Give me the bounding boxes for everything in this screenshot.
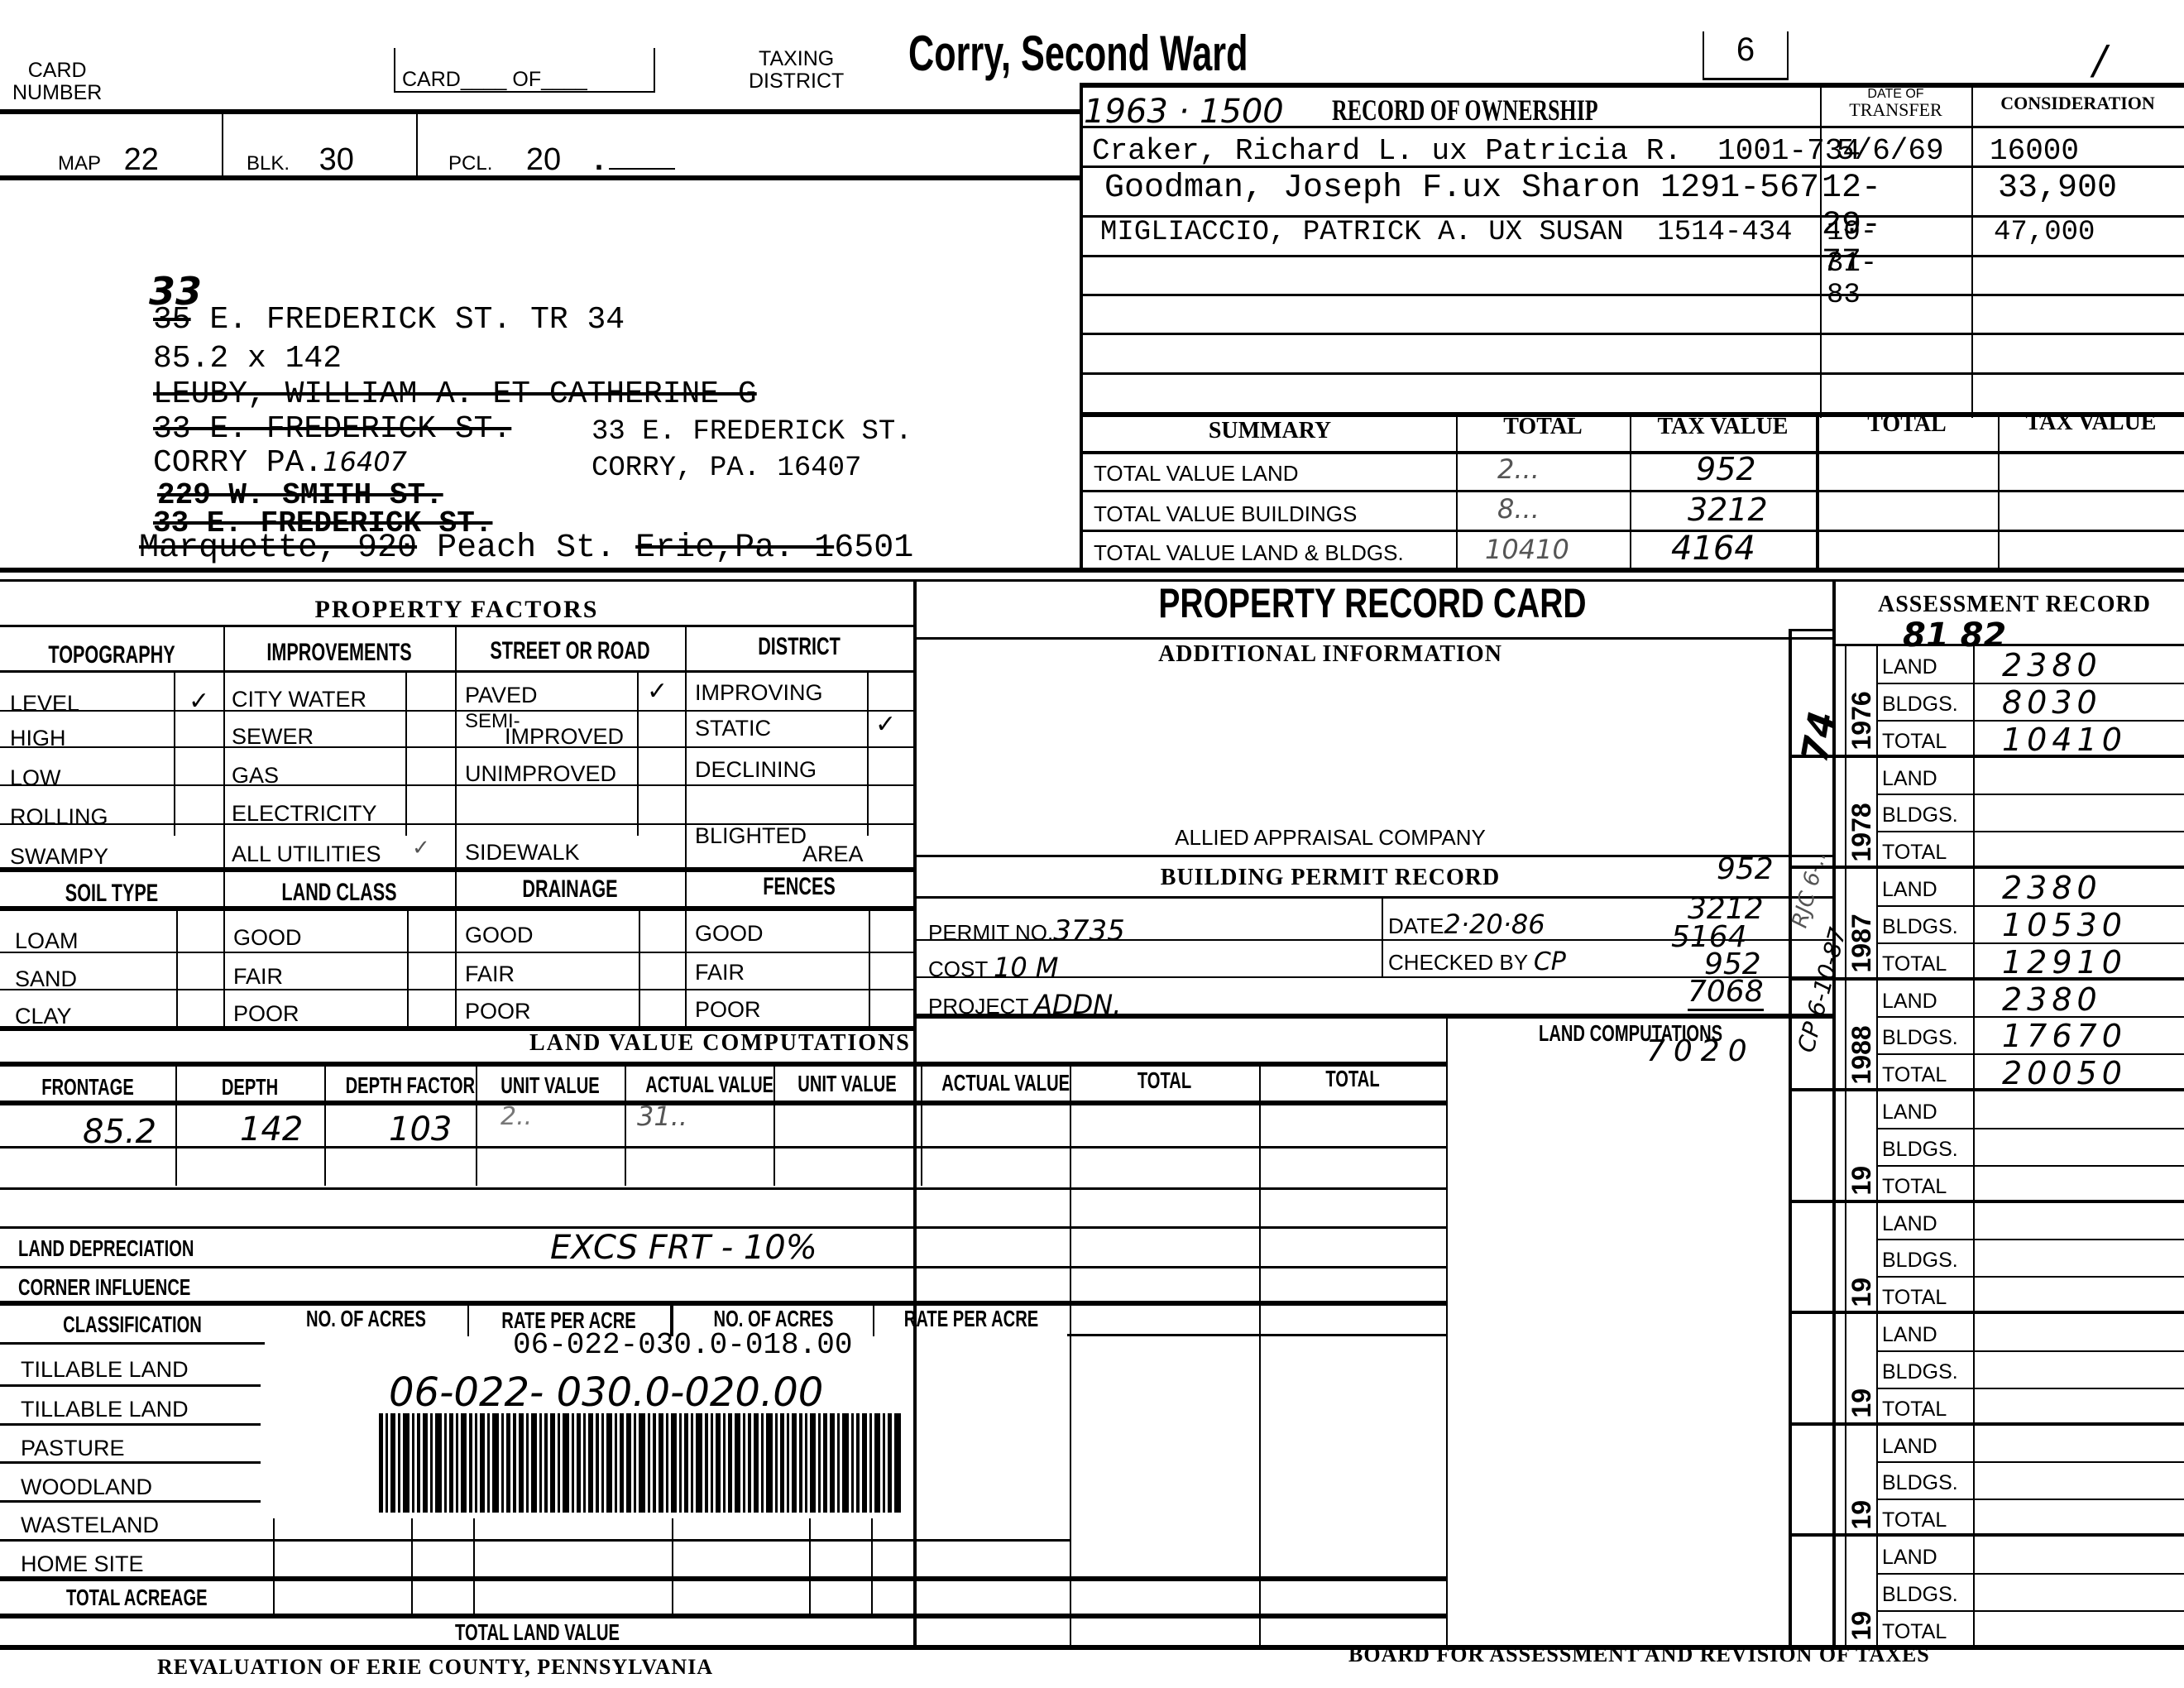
consideration-header: CONSIDERATION [1971,93,2184,114]
impr-all-utilities: ALL UTILITIES [232,842,381,867]
acreage-header-rate-2: RATE PER ACRE [900,1306,1042,1332]
assessment-side-note-cp: CP 6-10-87 [1792,925,1851,1056]
assessment-label-total: TOTAL [1882,1398,1947,1422]
assessment-label-bldgs: BLDGS. [1882,915,1958,939]
impr-gas: GAS [232,763,279,789]
assessment-value-total: 20050 [2002,1055,2127,1091]
map-field: MAP 22 [58,142,176,180]
district-declining: DECLINING [695,757,817,783]
assessment-label-land: LAND [1882,767,1937,791]
assessment-label-bldgs: BLDGS. [1882,803,1958,827]
barcode [379,1413,1032,1513]
soil-loam: LOAM [15,928,79,954]
assessment-year: 1978 [1846,764,1877,862]
land-class-good: GOOD [233,925,302,951]
corner-influence-label: CORNER INFLUENCE [18,1274,190,1301]
permit-cost: COST 10 M [928,952,1059,983]
assessment-title: ASSESSMENT RECORD [1845,592,2184,618]
assessment-label-total: TOTAL [1882,730,1947,754]
land-computations-value: 7020 [1646,1034,1755,1068]
summary-row-label: TOTAL VALUE BUILDINGS [1094,501,1357,527]
topo-level: LEVEL [10,691,79,717]
additional-info-label: ADDITIONAL INFORMATION [917,641,1744,668]
summary-total-header-2: TOTAL [1816,411,1998,438]
assessment-label-bldgs: BLDGS. [1882,1026,1958,1050]
impr-city-water: CITY WATER [232,687,366,712]
address-line-8: Marquette, 920 Peach St. Erie,Pa. 16501 [139,530,913,567]
mailing-address: 33 E. FREDERICK ST. CORRY, PA. 16407 [591,414,912,487]
fences-poor: POOR [695,997,761,1023]
summary-tax-value-header-2: TAX VALUE [1998,410,2184,436]
date-header: TRANSFER [1820,99,1971,121]
drainage-good: GOOD [465,923,534,948]
assessment-label-land: LAND [1882,1323,1937,1347]
assessment-label-total: TOTAL [1882,952,1947,976]
assessment-label-total: TOTAL [1882,1063,1947,1087]
fences-good: GOOD [695,921,764,947]
district-improving: IMPROVING [695,680,823,706]
assessment-value-land: 2380 [2002,647,2102,683]
assessment-label-bldgs: BLDGS. [1882,1471,1958,1495]
lv-header-depth: DEPTH [196,1074,304,1101]
assessment-label-land: LAND [1882,1546,1937,1570]
summary-row-label: TOTAL VALUE LAND [1094,461,1299,487]
lv-header-unit-value: UNIT VALUE [496,1072,604,1099]
land-depreciation-value: EXCS FRT - 10% [550,1229,817,1267]
taxing-district-value: Corry, Second Ward [908,25,1248,82]
improvements-header: IMPROVEMENTS [256,639,423,667]
margin-note: 952 [1717,852,1774,886]
taxing-district-label: TAXING DISTRICT [749,48,844,93]
assessment-year: 19 [1846,1431,1877,1530]
lv-unit-value: 2.. [500,1102,532,1131]
assessment-label-total: TOTAL [1882,1508,1947,1532]
assessment-value-bldgs: 8030 [2002,684,2102,721]
permit-date: DATE2·20·86 [1388,909,1545,940]
street-paved: PAVED [465,683,538,708]
blk-field: BLK. 30 [247,142,378,180]
district-blighted: BLIGHTED [695,823,807,849]
margin-note: 7068 [1688,975,1764,1011]
top-right-mark: / [2093,37,2106,84]
assessment-year: 1987 [1846,875,1877,973]
card-number-label: CARD NUMBER [12,60,102,104]
footer-left: REVALUATION OF ERIE COUNTY, PENNSYLVANIA [157,1655,713,1680]
assessment-label-land: LAND [1882,1435,1937,1459]
assessment-label-total: TOTAL [1882,1286,1947,1310]
assessment-value-bldgs: 17670 [2002,1018,2127,1054]
topo-swampy: SWAMPY [10,844,108,870]
drainage-header: DRAINAGE [487,875,653,904]
acreage-header-classification: CLASSIFICATION [37,1312,227,1338]
lv-header-unit-value-2: UNIT VALUE [794,1071,900,1097]
assessment-label-total: TOTAL [1882,1175,1947,1199]
acreage-row-woodland: WOODLAND [21,1475,152,1500]
company-name: ALLIED APPRAISAL COMPANY [917,825,1744,851]
assessment-year: 19 [1846,1542,1877,1641]
address-line-5: CORRY PA.16407 [153,445,407,481]
impr-sewer: SEWER [232,724,314,750]
lv-depth-factor-value: 103 [389,1110,452,1149]
lv-actual-value: 31.. [637,1101,687,1132]
lv-depth-value: 142 [240,1110,303,1149]
acreage-row-home-site: HOME SITE [21,1551,144,1577]
summary-row-total: 8... [1497,493,1540,525]
assessment-label-bldgs: BLDGS. [1882,693,1958,717]
acreage-row-wasteland: WASTELAND [21,1513,159,1538]
assessment-label-bldgs: BLDGS. [1882,1138,1958,1162]
parcel-id-handwritten: 06-022- 030.0-020.00 [389,1369,823,1416]
lv-header-total-2: TOTAL [1286,1066,1420,1092]
property-factors-title: PROPERTY FACTORS [0,596,913,624]
summary-row-total: 2... [1497,453,1540,485]
assessment-label-bldgs: BLDGS. [1882,1249,1958,1273]
summary-row-total: 10410 [1485,534,1569,565]
topo-high: HIGH [10,726,66,751]
assessment-label-land: LAND [1882,1101,1937,1125]
assessment-value-bldgs: 10530 [2002,907,2127,943]
assessment-year: 1976 [1846,652,1877,750]
pcl-field: PCL. 20 . [448,142,675,180]
fences-fair: FAIR [695,960,745,985]
assessment-year: 19 [1846,1209,1877,1307]
address-line-4-struck: 33 E. FREDERICK ST. [153,411,511,447]
street-improved: IMPROVED [505,724,624,750]
assessment-label-land: LAND [1882,990,1937,1014]
district-number: 6 [1736,31,1755,68]
assessment-year: 1988 [1846,986,1877,1085]
check-mark-icon[interactable]: ✓ [412,836,430,861]
check-mark-icon[interactable]: ✓ [875,710,896,739]
assessment-year: 19 [1846,1320,1877,1418]
permit-checked-by: CHECKED BY CP [1388,947,1566,976]
district-number-box: 6 [1703,31,1789,80]
assessment-value-total: 10410 [2002,722,2127,758]
street-header: STREET OR ROAD [487,637,653,665]
summary-title: SUMMARY [1084,418,1456,444]
street-unimproved: UNIMPROVED [465,761,616,787]
acreage-row-tillable-2: TILLABLE LAND [21,1397,189,1422]
assessment-label-land: LAND [1882,878,1937,902]
land-class-poor: POOR [233,1001,299,1027]
lv-header-actual-value: ACTUAL VALUE [645,1072,753,1098]
assessment-label-total: TOTAL [1882,841,1947,865]
acreage-row-tillable-1: TILLABLE LAND [21,1357,189,1383]
assessment-year: 19 [1846,1097,1877,1196]
land-depreciation-label: LAND DEPRECIATION [18,1235,194,1262]
assessment-value-land: 2380 [2002,981,2102,1018]
assessment-overwrite-years: 81 82 [1903,616,2006,655]
assessment-label-total: TOTAL [1882,1620,1947,1644]
assessment-side-note-rjc: RJC 6-.. [1788,848,1832,930]
address-line-3-struck: LEUBY, WILLIAM A. ET CATHERINE G [153,376,757,412]
check-mark-icon[interactable]: ✓ [647,677,668,706]
property-record-card-title: PROPERTY RECORD CARD [1014,579,1731,627]
ownership-title: RECORD OF OWNERSHIP [1332,93,1598,127]
card-of-label: CARD____ OF____ [402,68,587,92]
fences-header: FENCES [717,873,882,901]
lv-header-depth-factor: DEPTH FACTOR [346,1072,455,1099]
land-class-fair: FAIR [233,964,283,990]
lv-header-total: TOTAL [1096,1067,1233,1094]
summary-row-tax: 4164 [1671,530,1755,568]
summary-row-tax: 3212 [1688,492,1768,528]
building-permit-title: BUILDING PERMIT RECORD [917,865,1744,891]
district-header: DISTRICT [717,633,882,661]
land-value-title: LAND VALUE COMPUTATIONS [529,1030,911,1057]
impr-electricity: ELECTRICITY [232,801,377,827]
footer-right: BOARD FOR ASSESSMENT AND REVISION OF TAX… [1348,1642,1930,1667]
soil-sand: SAND [15,966,77,992]
acreage-header-no-acres: NO. OF ACRES [293,1306,438,1332]
total-land-value-label: TOTAL LAND VALUE [455,1619,620,1646]
topography-header: TOPOGRAPHY [31,641,192,669]
assessment-label-land: LAND [1882,655,1937,679]
old-parcel-id: 06-022-030.0-018.00 [513,1328,852,1362]
district-static: STATIC [695,716,771,741]
check-mark-icon[interactable]: ✓ [189,687,209,716]
assessment-label-bldgs: BLDGS. [1882,1583,1958,1607]
assessment-value-total: 12910 [2002,944,2127,981]
assessment-label-bldgs: BLDGS. [1882,1360,1958,1384]
acreage-row-pasture: PASTURE [21,1436,125,1461]
summary-row-tax: 952 [1696,451,1756,487]
address-line-2: 85.2 x 142 [153,341,342,376]
lv-header-actual-value-2: ACTUAL VALUE [941,1070,1049,1096]
assessment-label-land: LAND [1882,1212,1937,1236]
summary-total-header: TOTAL [1456,414,1630,440]
land-class-header: LAND CLASS [256,879,423,907]
district-area: AREA [802,842,864,867]
total-acreage-label: TOTAL ACREAGE [66,1585,208,1611]
summary-tax-value-header: TAX VALUE [1630,414,1816,440]
drainage-fair: FAIR [465,961,515,987]
summary-row-label: TOTAL VALUE LAND & BLDGS. [1094,540,1404,566]
topo-low: LOW [10,765,61,791]
lv-header-frontage: FRONTAGE [25,1074,151,1101]
topo-rolling: ROLLING [10,804,108,830]
permit-no-label: PERMIT NO.3735 [928,914,1125,947]
drainage-poor: POOR [465,999,531,1024]
assessment-value-land: 2380 [2002,870,2102,906]
street-sidewalk: SIDEWALK [465,840,580,866]
address-line-1: 35 E. FREDERICK ST. TR 34 [153,302,625,338]
soil-type-header: SOIL TYPE [31,880,192,908]
